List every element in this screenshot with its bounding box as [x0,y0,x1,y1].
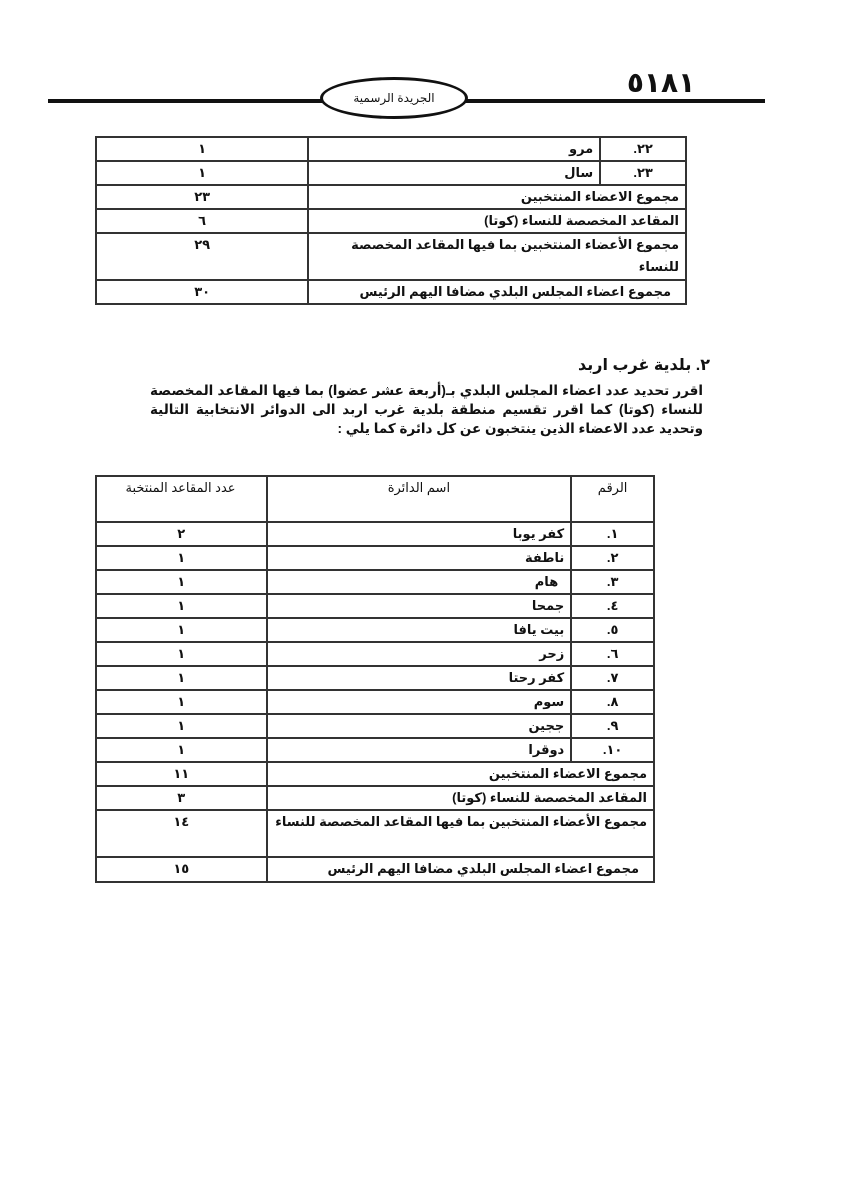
total-value: ٣ [96,786,267,810]
table-row: ٢٣. سال ١ [96,161,686,185]
table-row: ٨. سوم ١ [96,690,654,714]
publication-title: الجريدة الرسمية [353,91,434,105]
row-index: ٩. [571,714,654,738]
total-row: المقاعد المخصصة للنساء (كوتا) ٦ [96,209,686,233]
header-seats: عدد المقاعد المنتخبة [96,476,267,522]
total-row: المقاعد المخصصة للنساء (كوتا) ٣ [96,786,654,810]
row-name: ناطفة [267,546,572,570]
row-name: كفر يوبا [267,522,572,546]
total-label: مجموع الأعضاء المنتخبين بما فيها المقاعد… [308,233,686,280]
section-paragraph: اقرر تحديد عدد اعضاء المجلس البلدي بـ(أر… [150,381,703,438]
table-row: ١. كفر يوبا ٢ [96,522,654,546]
row-name: دوقرا [267,738,572,762]
total-label: مجموع الاعضاء المنتخبين [308,185,686,209]
total-value: ٢٣ [96,185,308,209]
row-index: ٥. [571,618,654,642]
table-row: ٥. بيت يافا ١ [96,618,654,642]
table-row: ٢. ناطفة ١ [96,546,654,570]
table-row: ٦. زحر ١ [96,642,654,666]
row-index: ٨. [571,690,654,714]
total-row: مجموع الاعضاء المنتخبين ٢٣ [96,185,686,209]
row-name: مرو [308,137,600,161]
total-value: ٣٠ [96,280,308,304]
row-index: ٢٢. [600,137,686,161]
page-number: ٥١٨١ [626,66,696,99]
row-seats: ١ [96,690,267,714]
row-seats: ١ [96,666,267,690]
row-name: سال [308,161,600,185]
total-label: مجموع الاعضاء المنتخبين [267,762,654,786]
total-label: المقاعد المخصصة للنساء (كوتا) [267,786,654,810]
row-name: كفر رحتا [267,666,572,690]
row-name: زحر [267,642,572,666]
row-seats: ١ [96,594,267,618]
row-name: هام [267,570,572,594]
row-seats: ١ [96,570,267,594]
table-continued-districts: ٢٢. مرو ١ ٢٣. سال ١ مجموع الاعضاء المنتخ… [95,136,687,305]
table-row: ٩. ججين ١ [96,714,654,738]
row-index: ٦. [571,642,654,666]
header-index: الرقم [571,476,654,522]
row-seats: ١ [96,738,267,762]
total-row: مجموع الأعضاء المنتخبين بما فيها المقاعد… [96,810,654,857]
publication-badge: الجريدة الرسمية [320,77,468,119]
table-row: ١٠. دوقرا ١ [96,738,654,762]
total-value: ٢٩ [96,233,308,280]
row-seats: ١ [96,642,267,666]
row-seats: ١ [96,618,267,642]
row-name: جمحا [267,594,572,618]
table-row: ٤. جمحا ١ [96,594,654,618]
header-name: اسم الدائرة [267,476,572,522]
total-row: مجموع اعضاء المجلس البلدي مضافا اليهم ال… [96,280,686,304]
row-name: ججين [267,714,572,738]
total-row: مجموع الأعضاء المنتخبين بما فيها المقاعد… [96,233,686,280]
total-row: مجموع اعضاء المجلس البلدي مضافا اليهم ال… [96,857,654,882]
row-seats: ١ [96,137,308,161]
row-seats: ٢ [96,522,267,546]
row-index: ٢. [571,546,654,570]
row-name: سوم [267,690,572,714]
row-seats: ١ [96,161,308,185]
row-index: ٤. [571,594,654,618]
row-seats: ١ [96,714,267,738]
total-value: ٦ [96,209,308,233]
row-index: ٣. [571,570,654,594]
total-label: مجموع اعضاء المجلس البلدي مضافا اليهم ال… [308,280,686,304]
row-index: ٧. [571,666,654,690]
total-row: مجموع الاعضاء المنتخبين ١١ [96,762,654,786]
table-row: ٧. كفر رحتا ١ [96,666,654,690]
total-value: ١١ [96,762,267,786]
row-index: ١٠. [571,738,654,762]
total-label: مجموع الأعضاء المنتخبين بما فيها المقاعد… [267,810,654,857]
row-name: بيت يافا [267,618,572,642]
total-value: ١٥ [96,857,267,882]
table-header-row: الرقم اسم الدائرة عدد المقاعد المنتخبة [96,476,654,522]
table-west-irbid-districts: الرقم اسم الدائرة عدد المقاعد المنتخبة ١… [95,475,655,883]
row-seats: ١ [96,546,267,570]
row-index: ١. [571,522,654,546]
total-label: المقاعد المخصصة للنساء (كوتا) [308,209,686,233]
section-title: ٢. بلدية غرب اربد [470,356,710,375]
total-value: ١٤ [96,810,267,857]
table-row: ٣. هام ١ [96,570,654,594]
row-index: ٢٣. [600,161,686,185]
total-label: مجموع اعضاء المجلس البلدي مضافا اليهم ال… [267,857,654,882]
table-row: ٢٢. مرو ١ [96,137,686,161]
